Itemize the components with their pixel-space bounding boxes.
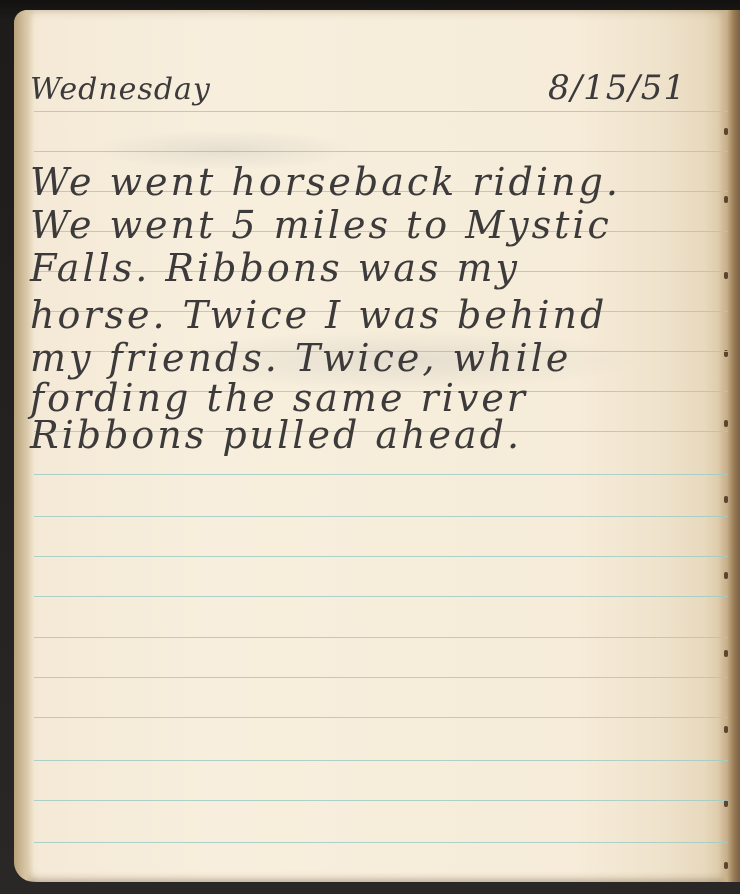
- binding-stitch: [724, 128, 728, 135]
- rule-line: [34, 800, 728, 801]
- entry-line: horse. Twice I was behind: [30, 293, 607, 337]
- entry-date: 8/15/51: [548, 68, 686, 108]
- rule-line: [34, 677, 728, 678]
- entry-line: We went 5 miles to Mystic: [30, 203, 612, 247]
- rule-line: [34, 842, 728, 843]
- rule-line: [34, 760, 728, 761]
- rule-line: [34, 111, 728, 112]
- binding-stitch: [724, 800, 728, 807]
- rule-line: [34, 516, 728, 517]
- binding-stitch: [724, 420, 728, 427]
- entry-day: Wednesday: [30, 72, 211, 107]
- rule-line: [34, 556, 728, 557]
- entry-line: We went horseback riding.: [30, 160, 621, 204]
- spiral-binding: [718, 10, 740, 882]
- rule-line: [34, 717, 728, 718]
- entry-line: Ribbons pulled ahead.: [30, 413, 522, 457]
- binding-stitch: [724, 726, 728, 733]
- rule-line: [34, 596, 728, 597]
- binding-stitch: [724, 650, 728, 657]
- binding-stitch: [724, 196, 728, 203]
- rule-line: [34, 474, 728, 475]
- entry-line: Falls. Ribbons was my: [30, 246, 520, 290]
- binding-stitch: [724, 496, 728, 503]
- binding-stitch: [724, 862, 728, 869]
- entry-line: my friends. Twice, while: [30, 336, 571, 380]
- binding-stitch: [724, 572, 728, 579]
- binding-stitch: [724, 272, 728, 279]
- rule-line: [34, 637, 728, 638]
